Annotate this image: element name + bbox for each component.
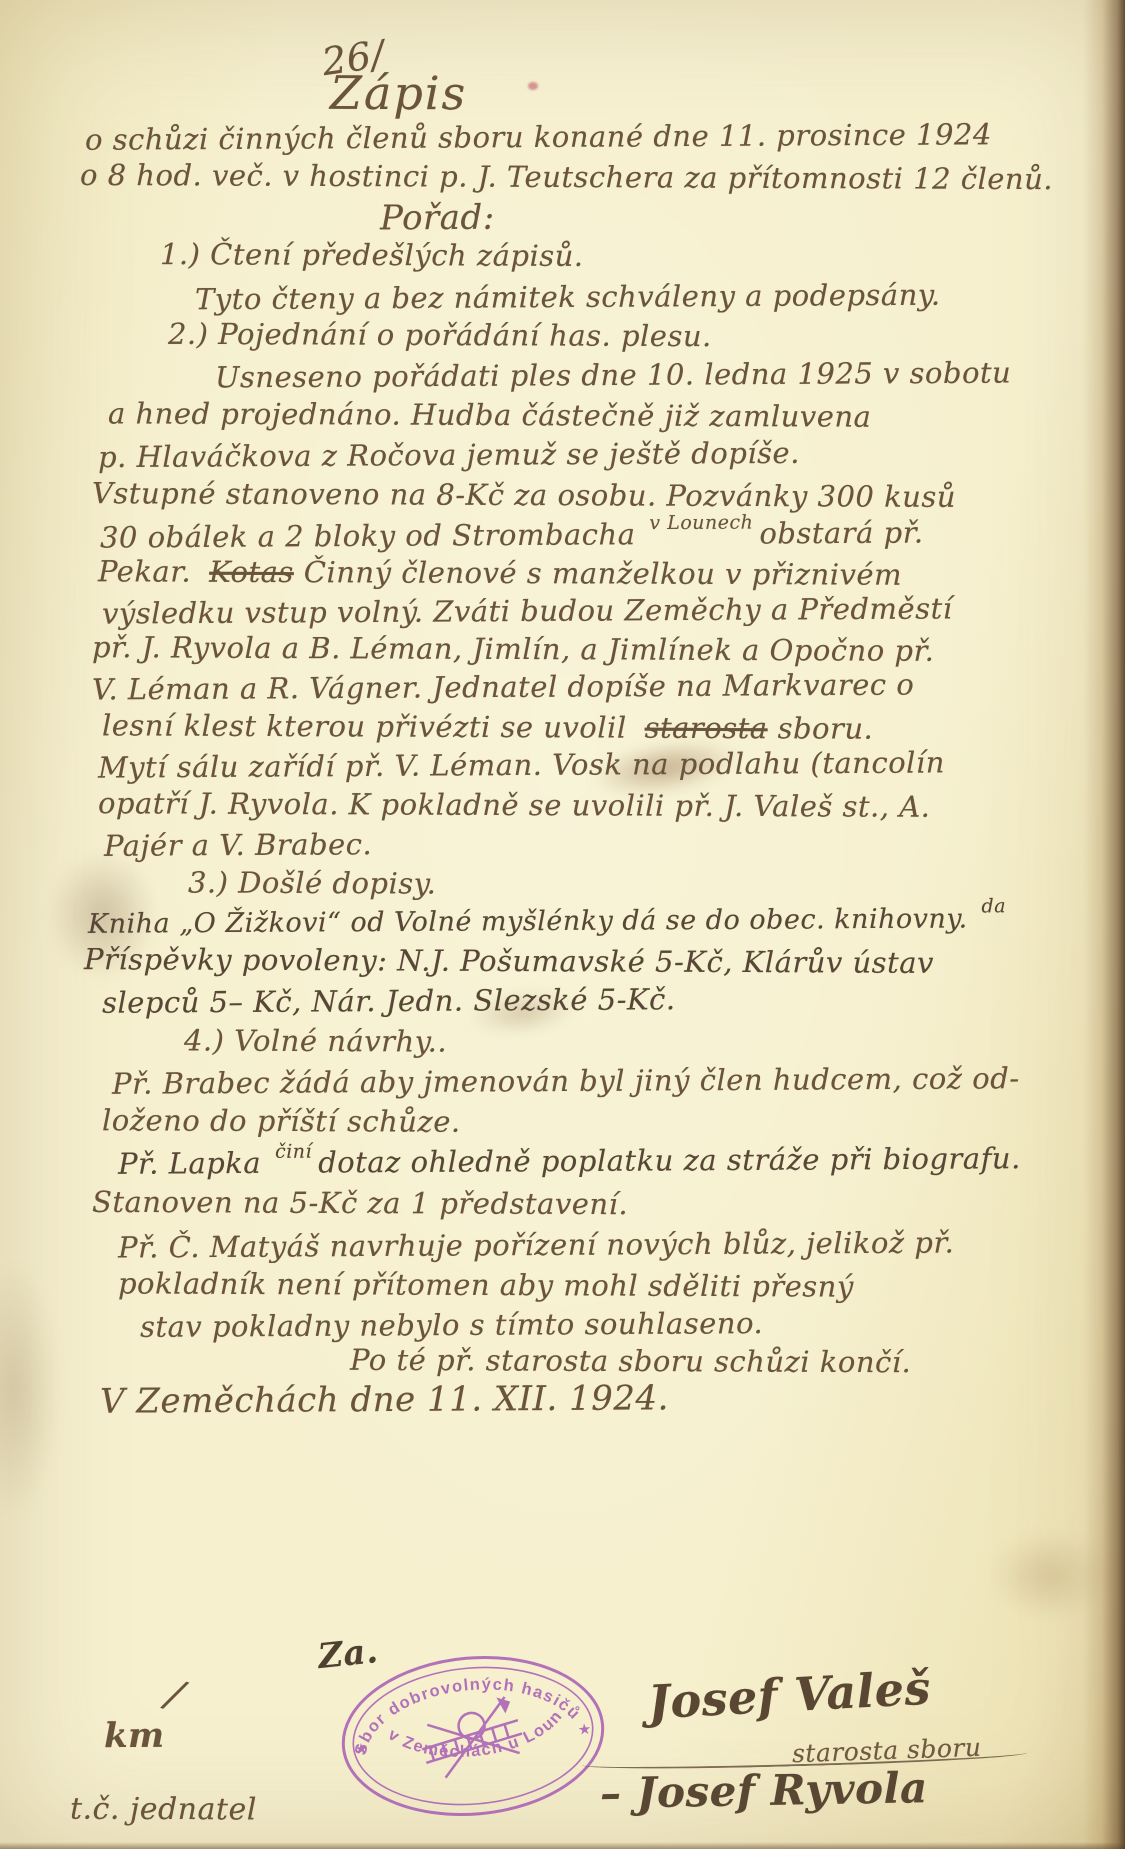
stamp-outer-border xyxy=(337,1647,610,1825)
signature-secretary: – Josef Ryvola xyxy=(600,1763,929,1818)
closing-line: Po té př. starosta sboru schůzi končí. xyxy=(350,1343,911,1379)
line-text: Př. Lapka xyxy=(118,1146,261,1181)
inserted-word: v Lounech xyxy=(649,512,753,535)
agenda-item-2: 2.) Pojednání o pořádání has. plesu. xyxy=(168,317,712,353)
document-line: Pajér a V. Brabec. xyxy=(104,827,372,863)
document-line: výsledku vstup volný. Zváti budou Zeměch… xyxy=(102,591,953,630)
fire-brigade-emblem-icon xyxy=(414,1693,528,1782)
za-ink-mark: Za. xyxy=(316,1631,380,1677)
document-title: Zápis xyxy=(330,66,467,121)
document-line-with-insertion: Kniha „O Žižkovi“ od Volné myšlénky dá s… xyxy=(88,903,1012,940)
document-page: { "doc": { "number_mark": "26/", "title"… xyxy=(0,0,1125,1849)
secretary-role-note: t.č. jednatel xyxy=(70,1792,257,1828)
document-line: Tyto čteny a bez námitek schváleny a pod… xyxy=(195,278,941,317)
stamp-star-left-icon: ★ xyxy=(354,1739,369,1758)
document-line: Příspěvky povoleny: N.J. Pošumavské 5-Kč… xyxy=(84,942,934,980)
document-line: Usneseno pořádati ples dne 10. ledna 192… xyxy=(215,356,1012,395)
page-edge-shadow xyxy=(0,1842,1125,1849)
struck-word: starosta xyxy=(645,711,768,746)
page-edge-shadow xyxy=(1083,0,1125,1849)
left-initials: km xyxy=(104,1716,165,1756)
line-text: Pekar. xyxy=(98,554,191,588)
document-line: a hned projednáno. Hudba částečně již za… xyxy=(108,396,872,433)
document-line-with-strikeout: lesní klest kterou přivézti se uvolilsta… xyxy=(102,708,873,745)
document-line-with-insertion: Př. Lapkačinídotaz ohledně poplatku za s… xyxy=(118,1141,1021,1181)
document-line: př. J. Ryvola a B. Léman, Jimlín, a Jiml… xyxy=(92,630,935,668)
document-line: pokladník není přítomen aby mohl sděliti… xyxy=(118,1266,854,1303)
document-line: o schůzi činných členů sboru konané dne … xyxy=(85,117,992,157)
document-line: Mytí sálu zařídí př. V. Léman. Vosk na p… xyxy=(98,745,945,784)
line-text: obstará př. xyxy=(759,515,923,550)
document-line: loženo do příští schůze. xyxy=(102,1103,461,1139)
document-line: stav pokladny nebylo s tímto souhlaseno. xyxy=(140,1306,763,1344)
section-heading: Pořad: xyxy=(380,198,495,239)
document-line: V. Léman a R. Vágner. Jednatel dopíše na… xyxy=(92,667,914,706)
line-text: lesní klest kterou přivézti se uvolil xyxy=(102,708,627,744)
agenda-item-3: 3.) Došlé dopisy. xyxy=(188,865,437,900)
document-line: o 8 hod. več. v hostinci p. J. Teutscher… xyxy=(80,158,1053,196)
dateline: V Zeměchách dne 11. XII. 1924. xyxy=(100,1378,669,1421)
line-text: Kniha „O Žižkovi“ od Volné myšlénky dá s… xyxy=(88,903,968,939)
document-line: Vstupné stanoveno na 8-Kč za osobu. Pozv… xyxy=(92,476,956,514)
agenda-item-4: 4.) Volné návrhy.. xyxy=(184,1023,447,1058)
document-line: Stanoven na 5-Kč za 1 představení. xyxy=(92,1185,628,1221)
inserted-word: činí xyxy=(275,1141,312,1163)
document-line: opatří J. Ryvola. K pokladně se uvolili … xyxy=(98,786,931,824)
document-line: Př. Brabec žádá aby jmenován byl jiný čl… xyxy=(112,1061,1020,1101)
document-line: p. Hlaváčkova z Ročova jemuž se ještě do… xyxy=(98,436,800,474)
document-line-with-insertion: 30 obálek a 2 bloky od Strombachav Loune… xyxy=(100,515,924,554)
line-text: sboru. xyxy=(778,711,874,745)
line-text: Činný členové s manželkou v přiznivém xyxy=(304,555,902,592)
document-line: Př. Č. Matyáš navrhuje pořízení nových b… xyxy=(118,1225,955,1264)
line-text: dotaz ohledně poplatku za stráže při bio… xyxy=(318,1141,1021,1179)
document-line-with-strikeout: Pekar.KotasČinný členové s manželkou v p… xyxy=(98,554,902,592)
document-line: slepců 5– Kč, Nár. Jedn. Slezské 5-Kč. xyxy=(102,982,676,1020)
inserted-word: da xyxy=(981,895,1006,917)
stamp-star-right-icon: ★ xyxy=(577,1720,592,1739)
agenda-item-1: 1.) Čtení předešlých zápisů. xyxy=(160,237,584,273)
struck-word: Kotas xyxy=(209,555,294,589)
line-text: 30 obálek a 2 bloky od Strombacha xyxy=(100,517,636,554)
